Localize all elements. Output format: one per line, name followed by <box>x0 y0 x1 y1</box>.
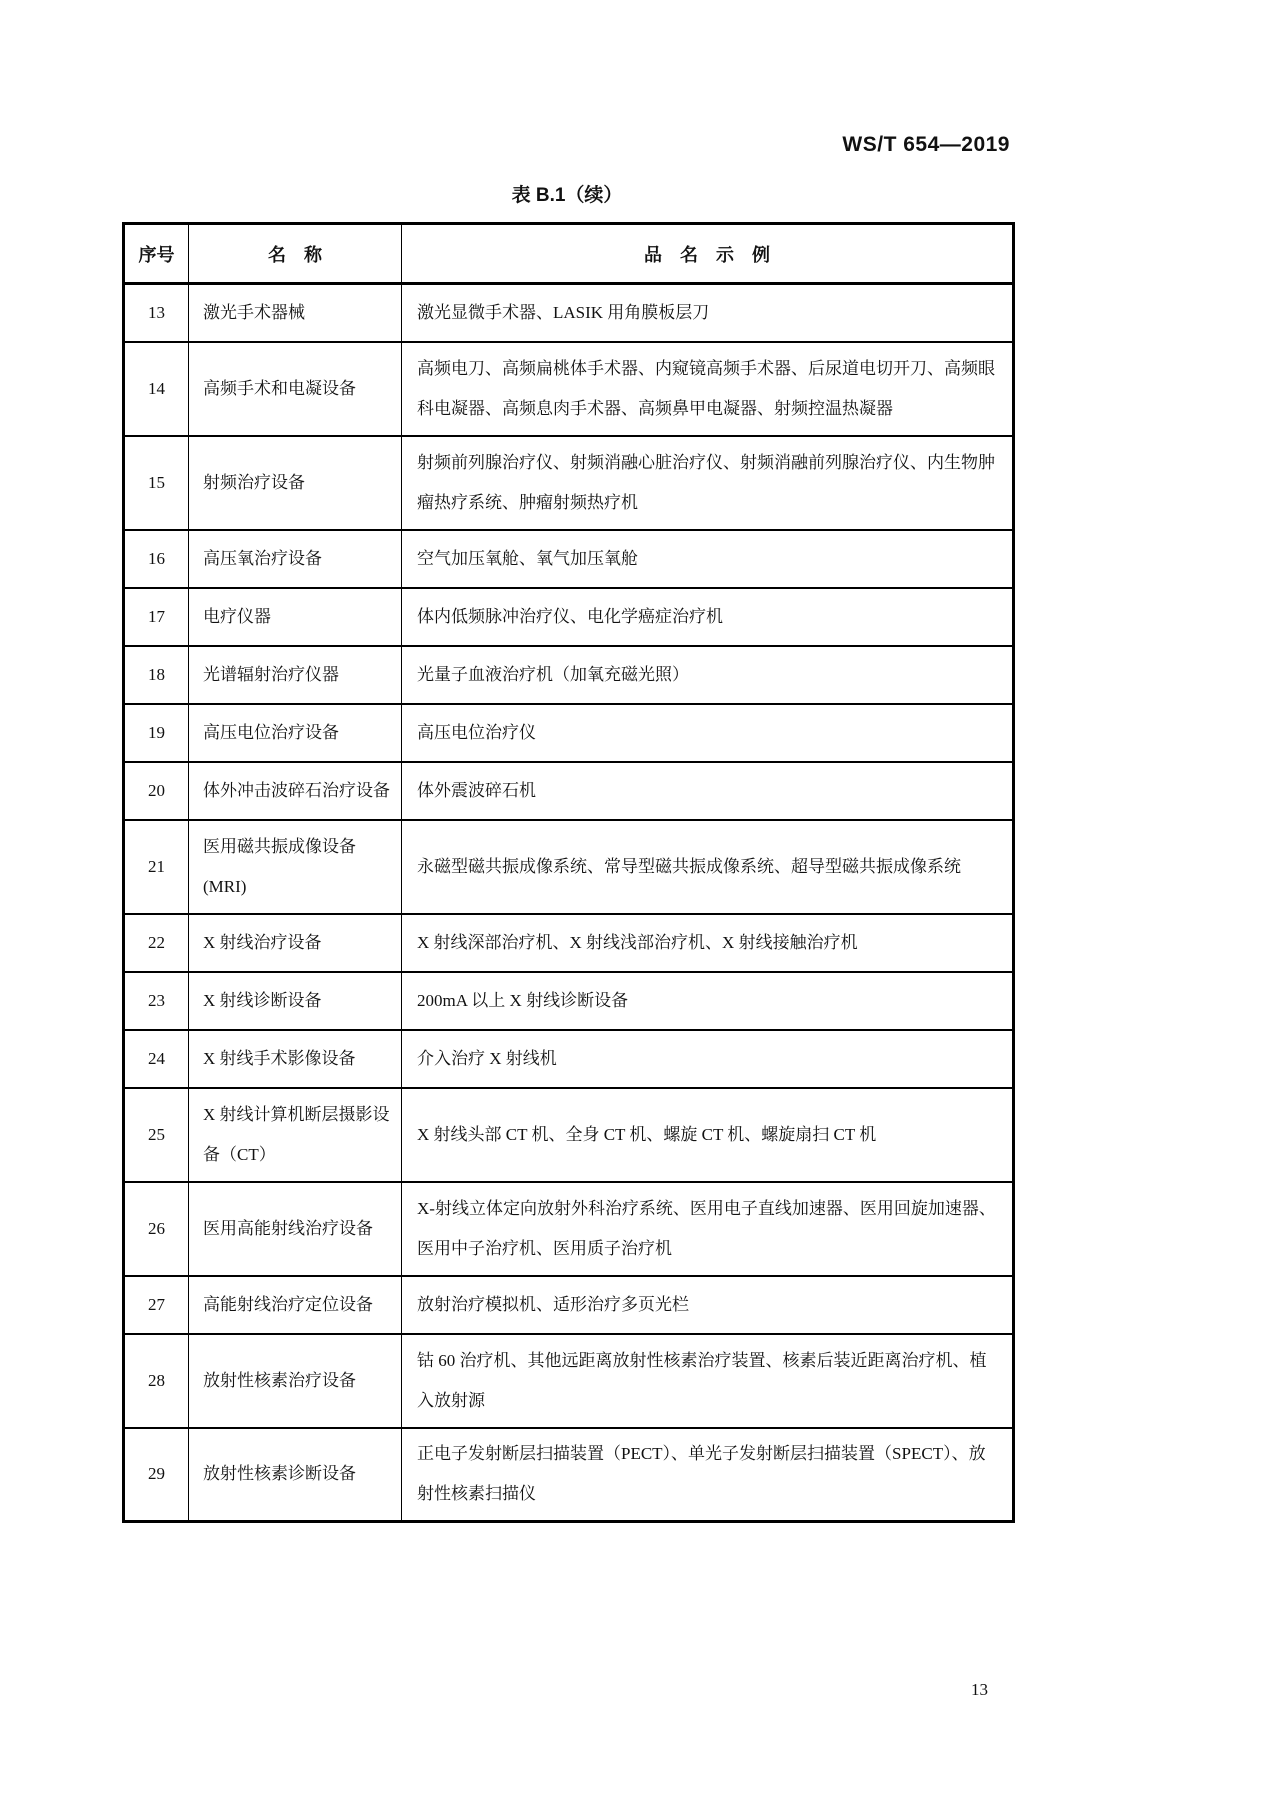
row-example-cell: X 射线深部治疗机、X 射线浅部治疗机、X 射线接触治疗机 <box>402 914 1014 972</box>
table-row: 26医用高能射线治疗设备X-射线立体定向放射外科治疗系统、医用电子直线加速器、医… <box>124 1182 1014 1276</box>
table-row: 29放射性核素诊断设备正电子发射断层扫描装置（PECT）、单光子发射断层扫描装置… <box>124 1428 1014 1522</box>
row-example-cell: 正电子发射断层扫描装置（PECT）、单光子发射断层扫描装置（SPECT）、放射性… <box>402 1428 1014 1522</box>
row-no-cell: 25 <box>124 1088 189 1182</box>
row-no-cell: 26 <box>124 1182 189 1276</box>
row-name-cell: 高能射线治疗定位设备 <box>189 1276 402 1334</box>
row-name-cell: X 射线手术影像设备 <box>189 1030 402 1088</box>
header-example: 品 名 示 例 <box>402 224 1014 284</box>
table-row: 14高频手术和电凝设备高频电刀、高频扁桃体手术器、内窥镜高频手术器、后尿道电切开… <box>124 342 1014 436</box>
row-example-cell: 射频前列腺治疗仪、射频消融心脏治疗仪、射频消融前列腺治疗仪、内生物肿瘤热疗系统、… <box>402 436 1014 530</box>
table-row: 24X 射线手术影像设备介入治疗 X 射线机 <box>124 1030 1014 1088</box>
table-row: 18光谱辐射治疗仪器光量子血液治疗机（加氧充磁光照） <box>124 646 1014 704</box>
table-row: 17电疗仪器体内低频脉冲治疗仪、电化学癌症治疗机 <box>124 588 1014 646</box>
row-name-cell: 光谱辐射治疗仪器 <box>189 646 402 704</box>
row-no-cell: 20 <box>124 762 189 820</box>
standard-number: WS/T 654—2019 <box>842 133 1010 157</box>
row-no-cell: 16 <box>124 530 189 588</box>
table-row: 20体外冲击波碎石治疗设备体外震波碎石机 <box>124 762 1014 820</box>
row-example-cell: 放射治疗模拟机、适形治疗多页光栏 <box>402 1276 1014 1334</box>
row-name-cell: 电疗仪器 <box>189 588 402 646</box>
table-row: 28放射性核素治疗设备钴 60 治疗机、其他远距离放射性核素治疗装置、核素后装近… <box>124 1334 1014 1428</box>
row-example-cell: 光量子血液治疗机（加氧充磁光照） <box>402 646 1014 704</box>
row-name-cell: 高频手术和电凝设备 <box>189 342 402 436</box>
row-name-cell: 医用高能射线治疗设备 <box>189 1182 402 1276</box>
header-row: 序号 名 称 品 名 示 例 <box>124 224 1014 284</box>
table-row: 23X 射线诊断设备200mA 以上 X 射线诊断设备 <box>124 972 1014 1030</box>
row-name-cell: 激光手术器械 <box>189 284 402 342</box>
row-example-cell: 空气加压氧舱、氧气加压氧舱 <box>402 530 1014 588</box>
row-example-cell: 永磁型磁共振成像系统、常导型磁共振成像系统、超导型磁共振成像系统 <box>402 820 1014 914</box>
row-name-cell: X 射线治疗设备 <box>189 914 402 972</box>
row-name-cell: 高压氧治疗设备 <box>189 530 402 588</box>
row-no-cell: 14 <box>124 342 189 436</box>
row-example-cell: 高压电位治疗仪 <box>402 704 1014 762</box>
row-name-cell: X 射线计算机断层摄影设 备（CT） <box>189 1088 402 1182</box>
row-name-cell: 放射性核素治疗设备 <box>189 1334 402 1428</box>
row-no-cell: 17 <box>124 588 189 646</box>
row-no-cell: 18 <box>124 646 189 704</box>
row-example-cell: 激光显微手术器、LASIK 用角膜板层刀 <box>402 284 1014 342</box>
table-title: 表 B.1（续） <box>122 180 1012 207</box>
row-no-cell: 21 <box>124 820 189 914</box>
document-page: WS/T 654—2019 表 B.1（续） 序号 名 称 品 名 示 例 13… <box>0 0 1280 1810</box>
table-row: 16高压氧治疗设备空气加压氧舱、氧气加压氧舱 <box>124 530 1014 588</box>
row-no-cell: 29 <box>124 1428 189 1522</box>
row-example-cell: X 射线头部 CT 机、全身 CT 机、螺旋 CT 机、螺旋扇扫 CT 机 <box>402 1088 1014 1182</box>
row-name-cell: 放射性核素诊断设备 <box>189 1428 402 1522</box>
row-no-cell: 28 <box>124 1334 189 1428</box>
row-example-cell: 200mA 以上 X 射线诊断设备 <box>402 972 1014 1030</box>
table-row: 25X 射线计算机断层摄影设 备（CT）X 射线头部 CT 机、全身 CT 机、… <box>124 1088 1014 1182</box>
row-example-cell: 体外震波碎石机 <box>402 762 1014 820</box>
row-no-cell: 22 <box>124 914 189 972</box>
row-no-cell: 23 <box>124 972 189 1030</box>
row-no-cell: 15 <box>124 436 189 530</box>
table-row: 15射频治疗设备射频前列腺治疗仪、射频消融心脏治疗仪、射频消融前列腺治疗仪、内生… <box>124 436 1014 530</box>
row-name-cell: X 射线诊断设备 <box>189 972 402 1030</box>
row-example-cell: 钴 60 治疗机、其他远距离放射性核素治疗装置、核素后装近距离治疗机、植入放射源 <box>402 1334 1014 1428</box>
row-name-cell: 医用磁共振成像设备 (MRI) <box>189 820 402 914</box>
row-name-cell: 体外冲击波碎石治疗设备 <box>189 762 402 820</box>
table-row: 13激光手术器械激光显微手术器、LASIK 用角膜板层刀 <box>124 284 1014 342</box>
row-name-cell: 射频治疗设备 <box>189 436 402 530</box>
page-number: 13 <box>971 1680 988 1700</box>
header-no: 序号 <box>124 224 189 284</box>
table-row: 22X 射线治疗设备X 射线深部治疗机、X 射线浅部治疗机、X 射线接触治疗机 <box>124 914 1014 972</box>
table-row: 21医用磁共振成像设备 (MRI)永磁型磁共振成像系统、常导型磁共振成像系统、超… <box>124 820 1014 914</box>
equipment-table: 序号 名 称 品 名 示 例 13激光手术器械激光显微手术器、LASIK 用角膜… <box>122 222 1015 1523</box>
table-row: 19高压电位治疗设备高压电位治疗仪 <box>124 704 1014 762</box>
header-name: 名 称 <box>189 224 402 284</box>
row-example-cell: 介入治疗 X 射线机 <box>402 1030 1014 1088</box>
row-name-cell: 高压电位治疗设备 <box>189 704 402 762</box>
row-example-cell: X-射线立体定向放射外科治疗系统、医用电子直线加速器、医用回旋加速器、医用中子治… <box>402 1182 1014 1276</box>
row-no-cell: 27 <box>124 1276 189 1334</box>
row-no-cell: 13 <box>124 284 189 342</box>
row-no-cell: 19 <box>124 704 189 762</box>
row-no-cell: 24 <box>124 1030 189 1088</box>
row-example-cell: 高频电刀、高频扁桃体手术器、内窥镜高频手术器、后尿道电切开刀、高频眼科电凝器、高… <box>402 342 1014 436</box>
row-example-cell: 体内低频脉冲治疗仪、电化学癌症治疗机 <box>402 588 1014 646</box>
table-row: 27高能射线治疗定位设备放射治疗模拟机、适形治疗多页光栏 <box>124 1276 1014 1334</box>
